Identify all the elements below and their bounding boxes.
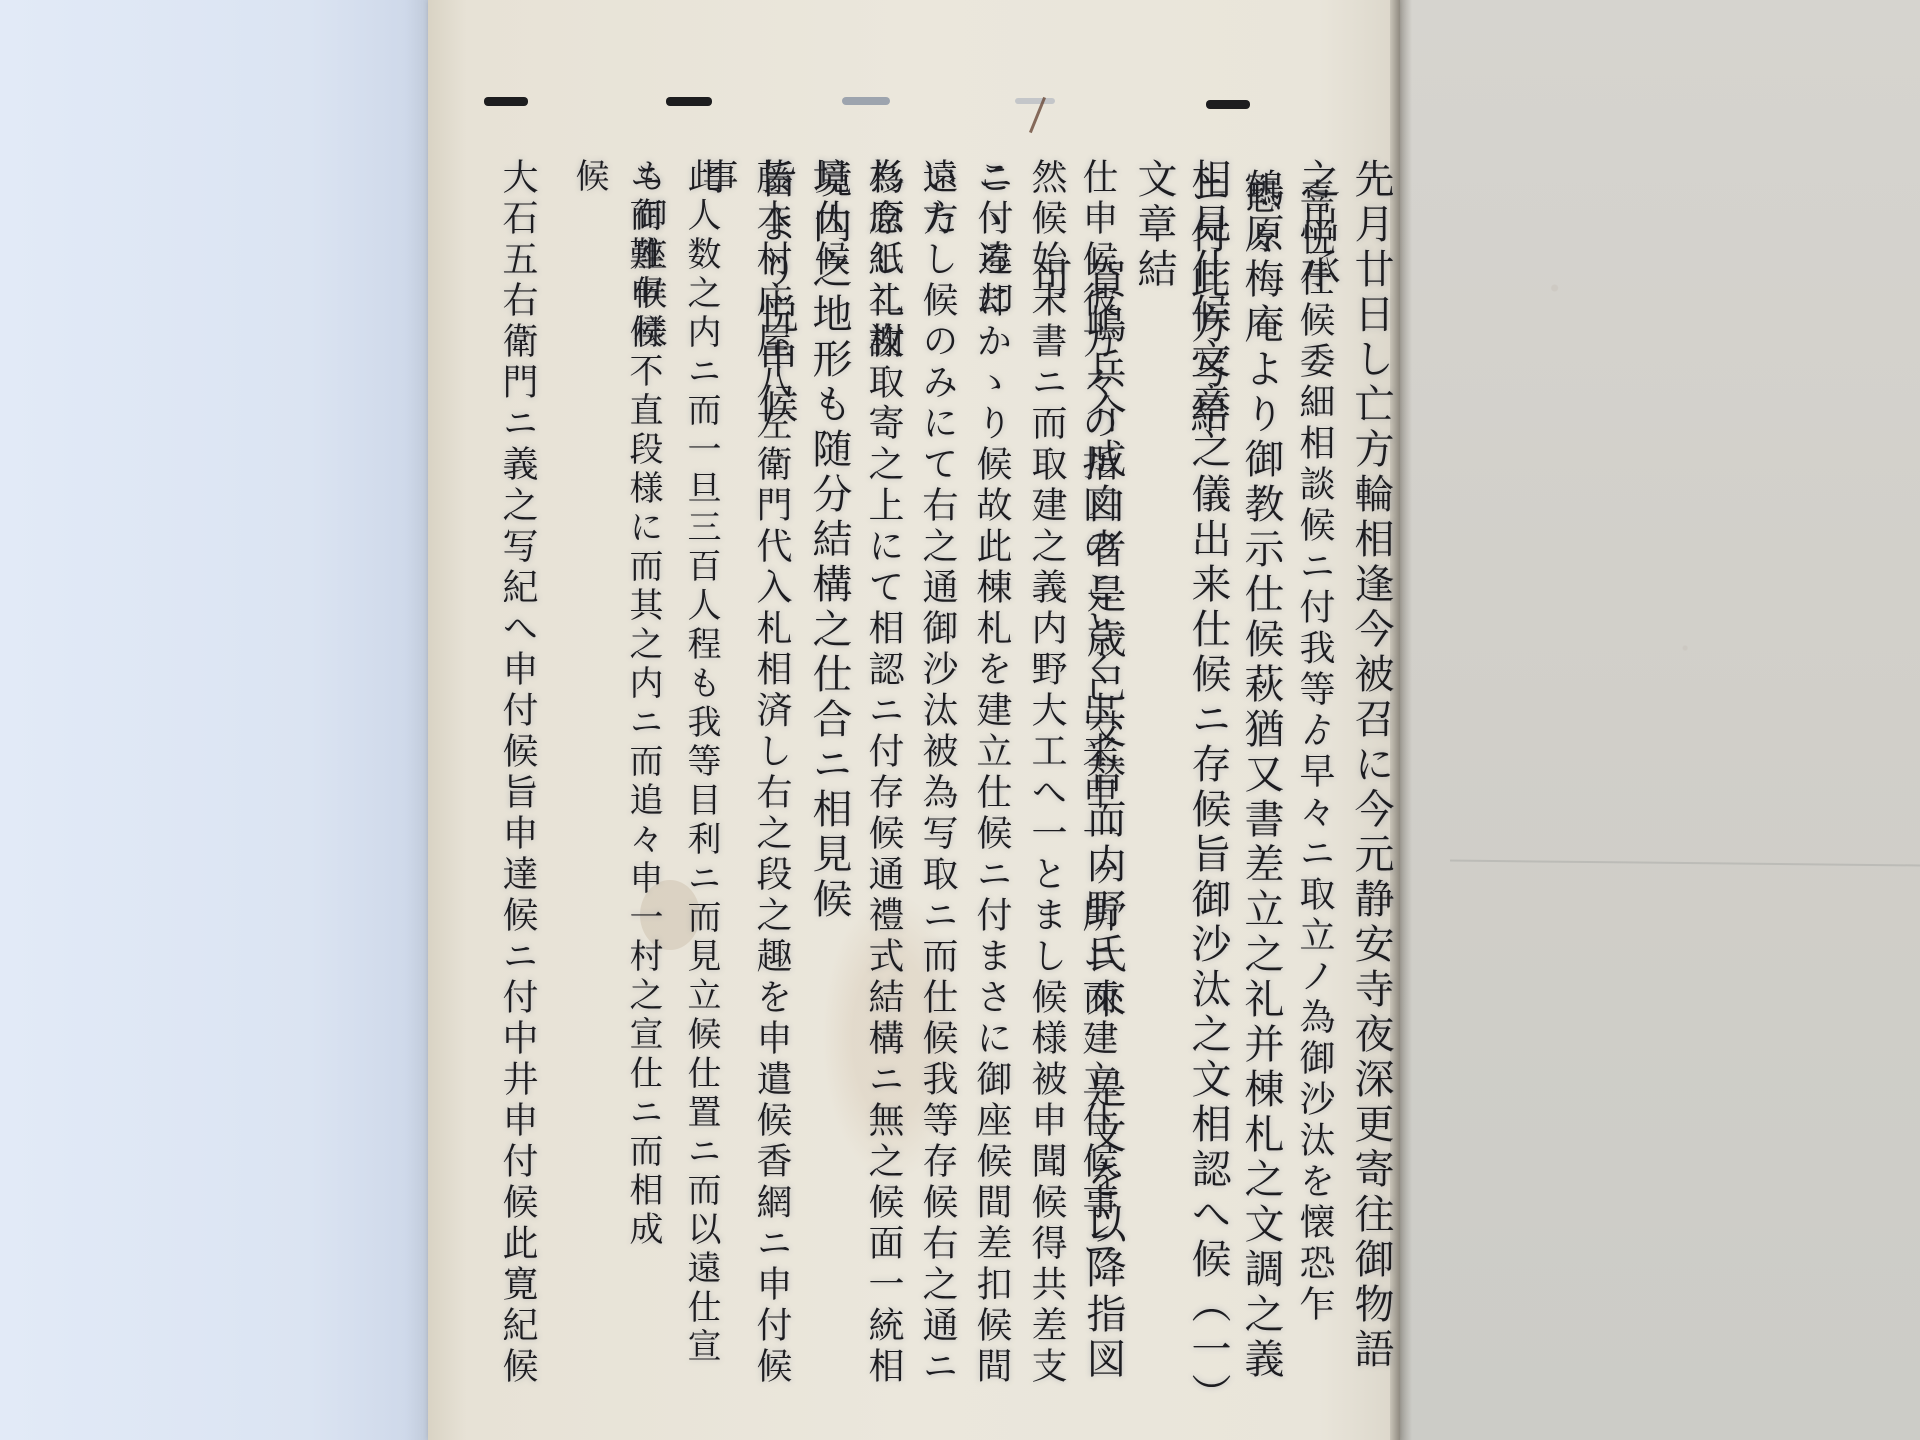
right-background-washi-sheet bbox=[1398, 0, 1920, 1440]
item-marker-3 bbox=[666, 97, 712, 106]
text-column-14: ニ而難申候不直段様に而其之内ニ而追々申一村之宣仕ニ而相成候 bbox=[562, 158, 670, 1258]
text-column-4: 相見仕候文章之儀出来仕候ニ存候旨御沙汰之文相認へ候（一）文章結 bbox=[1127, 158, 1235, 1398]
left-background-paper bbox=[0, 0, 440, 1440]
item-marker-4 bbox=[484, 97, 528, 106]
item-marker-faint bbox=[1015, 98, 1055, 104]
text-column-15: 大石五右衛門ニ義之写紀へ申付候旨申達候ニ付中井申付候此寛紀候 bbox=[490, 158, 544, 1398]
item-marker-1 bbox=[1206, 100, 1250, 109]
item-marker-2-faint bbox=[842, 97, 890, 105]
